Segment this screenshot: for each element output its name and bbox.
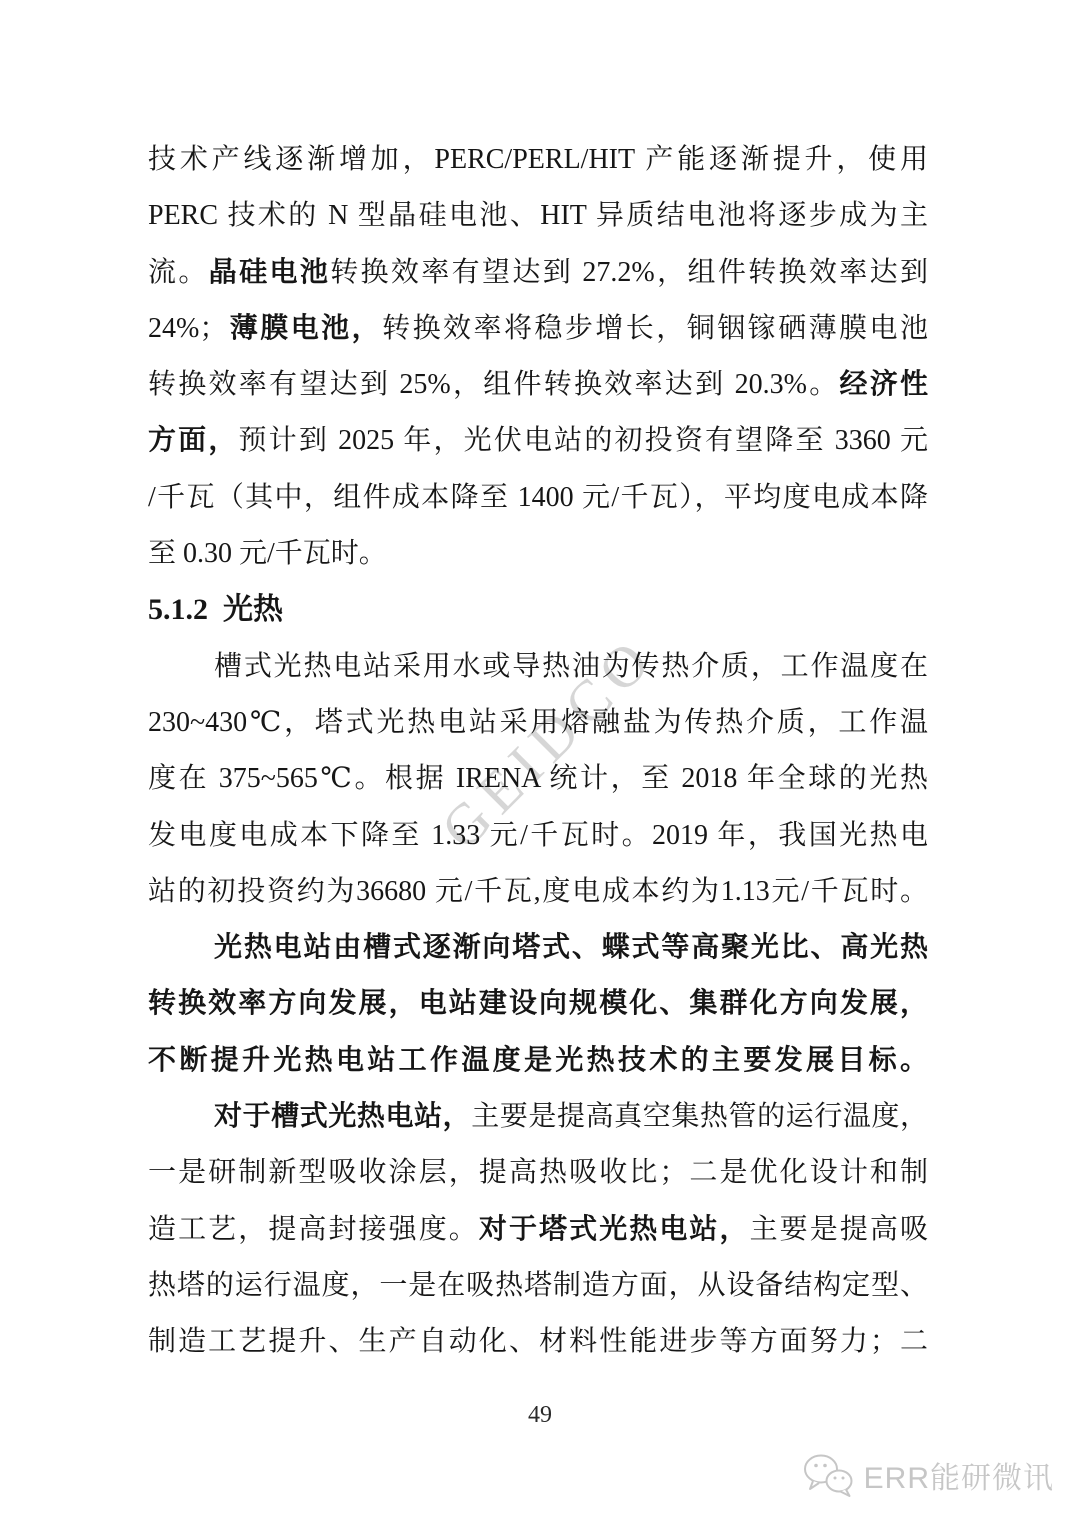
- text-segment: 230~430℃，塔式光热电站采用熔融盐为传热介质，工作温: [148, 707, 928, 738]
- text-segment: 制造工艺提升、生产自动化、材料性能进步等方面努力；二: [148, 1326, 928, 1357]
- bold-text-segment: 不断提升光热电站工作温度是光热技术的主要发展目标。: [148, 1045, 928, 1076]
- text-line: 方面，预计到 2025 年，光伏电站的初投资有望降至 3360 元: [148, 413, 928, 469]
- bold-text-segment: 经济性: [839, 369, 928, 400]
- text-line: 度在 375~565℃。根据 IRENA 统计，至 2018 年全球的光热: [148, 751, 928, 807]
- bold-text-segment: 方面，: [148, 425, 239, 456]
- document-page: GEIDCO 技术产线逐渐增加，PERC/PERL/HIT 产能逐渐提升，使用P…: [0, 0, 1080, 1527]
- text-segment: /千瓦（其中，组件成本降至 1400 元/千瓦），平均度电成本降: [148, 482, 928, 513]
- text-segment: 发电度电成本下降至 1.33 元/千瓦时。2019 年，我国光热电: [148, 820, 928, 851]
- text-segment: 预计到 2025 年，光伏电站的初投资有望降至 3360 元: [239, 425, 928, 456]
- text-segment: 转换效率将稳步增长，铜铟镓硒薄膜电池: [382, 313, 928, 344]
- bold-text-segment: 转换效率方向发展，电站建设向规模化、集群化方向发展，: [148, 988, 928, 1019]
- text-segment: 技术产线逐渐增加，PERC/PERL/HIT 产能逐渐提升，使用: [148, 144, 928, 175]
- text-segment: 24%；: [148, 313, 227, 344]
- text-segment: 主要是提高真空集热管的运行温度，: [471, 1101, 928, 1132]
- text-segment: 槽式光热电站采用水或导热油为传热介质，工作温度在: [214, 651, 928, 682]
- text-line: 至 0.30 元/千瓦时。: [148, 526, 928, 582]
- bold-text-segment: 对于槽式光热电站，: [214, 1101, 471, 1132]
- text-segment: 度在 375~565℃。根据 IRENA 统计，至 2018 年全球的光热: [148, 763, 928, 794]
- text-line: PERC 技术的 N 型晶硅电池、HIT 异质结电池将逐步成为主: [148, 188, 928, 244]
- text-line: 不断提升光热电站工作温度是光热技术的主要发展目标。: [148, 1033, 928, 1089]
- text-segment: 转换效率有望达到 25%，组件转换效率达到 20.3%。: [148, 369, 839, 400]
- footer-brand-bar: ERR能研微讯: [802, 1452, 1054, 1498]
- text-line: 230~430℃，塔式光热电站采用熔融盐为传热介质，工作温: [148, 695, 928, 751]
- bold-text-segment: 5.1.2 光热: [148, 593, 283, 626]
- text-line: 热塔的运行温度，一是在吸热塔制造方面，从设备结构定型、: [148, 1258, 928, 1314]
- text-line: 转换效率有望达到 25%，组件转换效率达到 20.3%。经济性: [148, 357, 928, 413]
- text-line: 技术产线逐渐增加，PERC/PERL/HIT 产能逐渐提升，使用: [148, 132, 928, 188]
- text-line: 对于槽式光热电站，主要是提高真空集热管的运行温度，: [148, 1089, 928, 1145]
- text-line: 24%；薄膜电池，转换效率将稳步增长，铜铟镓硒薄膜电池: [148, 301, 928, 357]
- text-line: 站的初投资约为36680 元/千瓦,度电成本约为1.13元/千瓦时。: [148, 864, 928, 920]
- text-line: 转换效率方向发展，电站建设向规模化、集群化方向发展，: [148, 976, 928, 1032]
- text-line: 槽式光热电站采用水或导热油为传热介质，工作温度在: [148, 639, 928, 695]
- page-number: 49: [0, 1402, 1080, 1429]
- text-line: 发电度电成本下降至 1.33 元/千瓦时。2019 年，我国光热电: [148, 808, 928, 864]
- text-segment: 主要是提高吸: [750, 1214, 928, 1245]
- text-segment: 至 0.30 元/千瓦时。: [148, 538, 387, 569]
- text-segment: 一是研制新型吸收涂层，提高热吸收比；二是优化设计和制: [148, 1157, 928, 1188]
- text-line: 流。晶硅电池转换效率有望达到 27.2%，组件转换效率达到: [148, 245, 928, 301]
- footer-brand-text: ERR能研微讯: [864, 1453, 1054, 1497]
- bold-text-segment: 薄膜电池，: [227, 313, 382, 344]
- text-segment: 站的初投资约为36680 元/千瓦,度电成本约为1.13元/千瓦时。: [148, 876, 928, 907]
- bold-text-segment: 光热电站由槽式逐渐向塔式、蝶式等高聚光比、高光热: [214, 932, 928, 963]
- section-heading: 5.1.2 光热: [148, 582, 928, 638]
- text-segment: PERC 技术的 N 型晶硅电池、HIT 异质结电池将逐步成为主: [148, 200, 928, 231]
- text-segment: 造工艺，提高封接强度。: [148, 1214, 479, 1245]
- document-body: 技术产线逐渐增加，PERC/PERL/HIT 产能逐渐提升，使用PERC 技术的…: [148, 132, 928, 1371]
- text-line: 一是研制新型吸收涂层，提高热吸收比；二是优化设计和制: [148, 1145, 928, 1201]
- text-segment: 转换效率有望达到 27.2%，组件转换效率达到: [330, 257, 928, 288]
- text-line: 制造工艺提升、生产自动化、材料性能进步等方面努力；二: [148, 1314, 928, 1370]
- bold-text-segment: 晶硅电池: [209, 257, 330, 288]
- text-line: /千瓦（其中，组件成本降至 1400 元/千瓦），平均度电成本降: [148, 470, 928, 526]
- text-segment: 热塔的运行温度，一是在吸热塔制造方面，从设备结构定型、: [148, 1270, 928, 1301]
- text-segment: 流。: [148, 257, 209, 288]
- text-line: 造工艺，提高封接强度。对于塔式光热电站，主要是提高吸: [148, 1202, 928, 1258]
- bold-text-segment: 对于塔式光热电站，: [479, 1214, 750, 1245]
- wechat-bubbles-icon: [802, 1452, 854, 1498]
- text-line: 光热电站由槽式逐渐向塔式、蝶式等高聚光比、高光热: [148, 920, 928, 976]
